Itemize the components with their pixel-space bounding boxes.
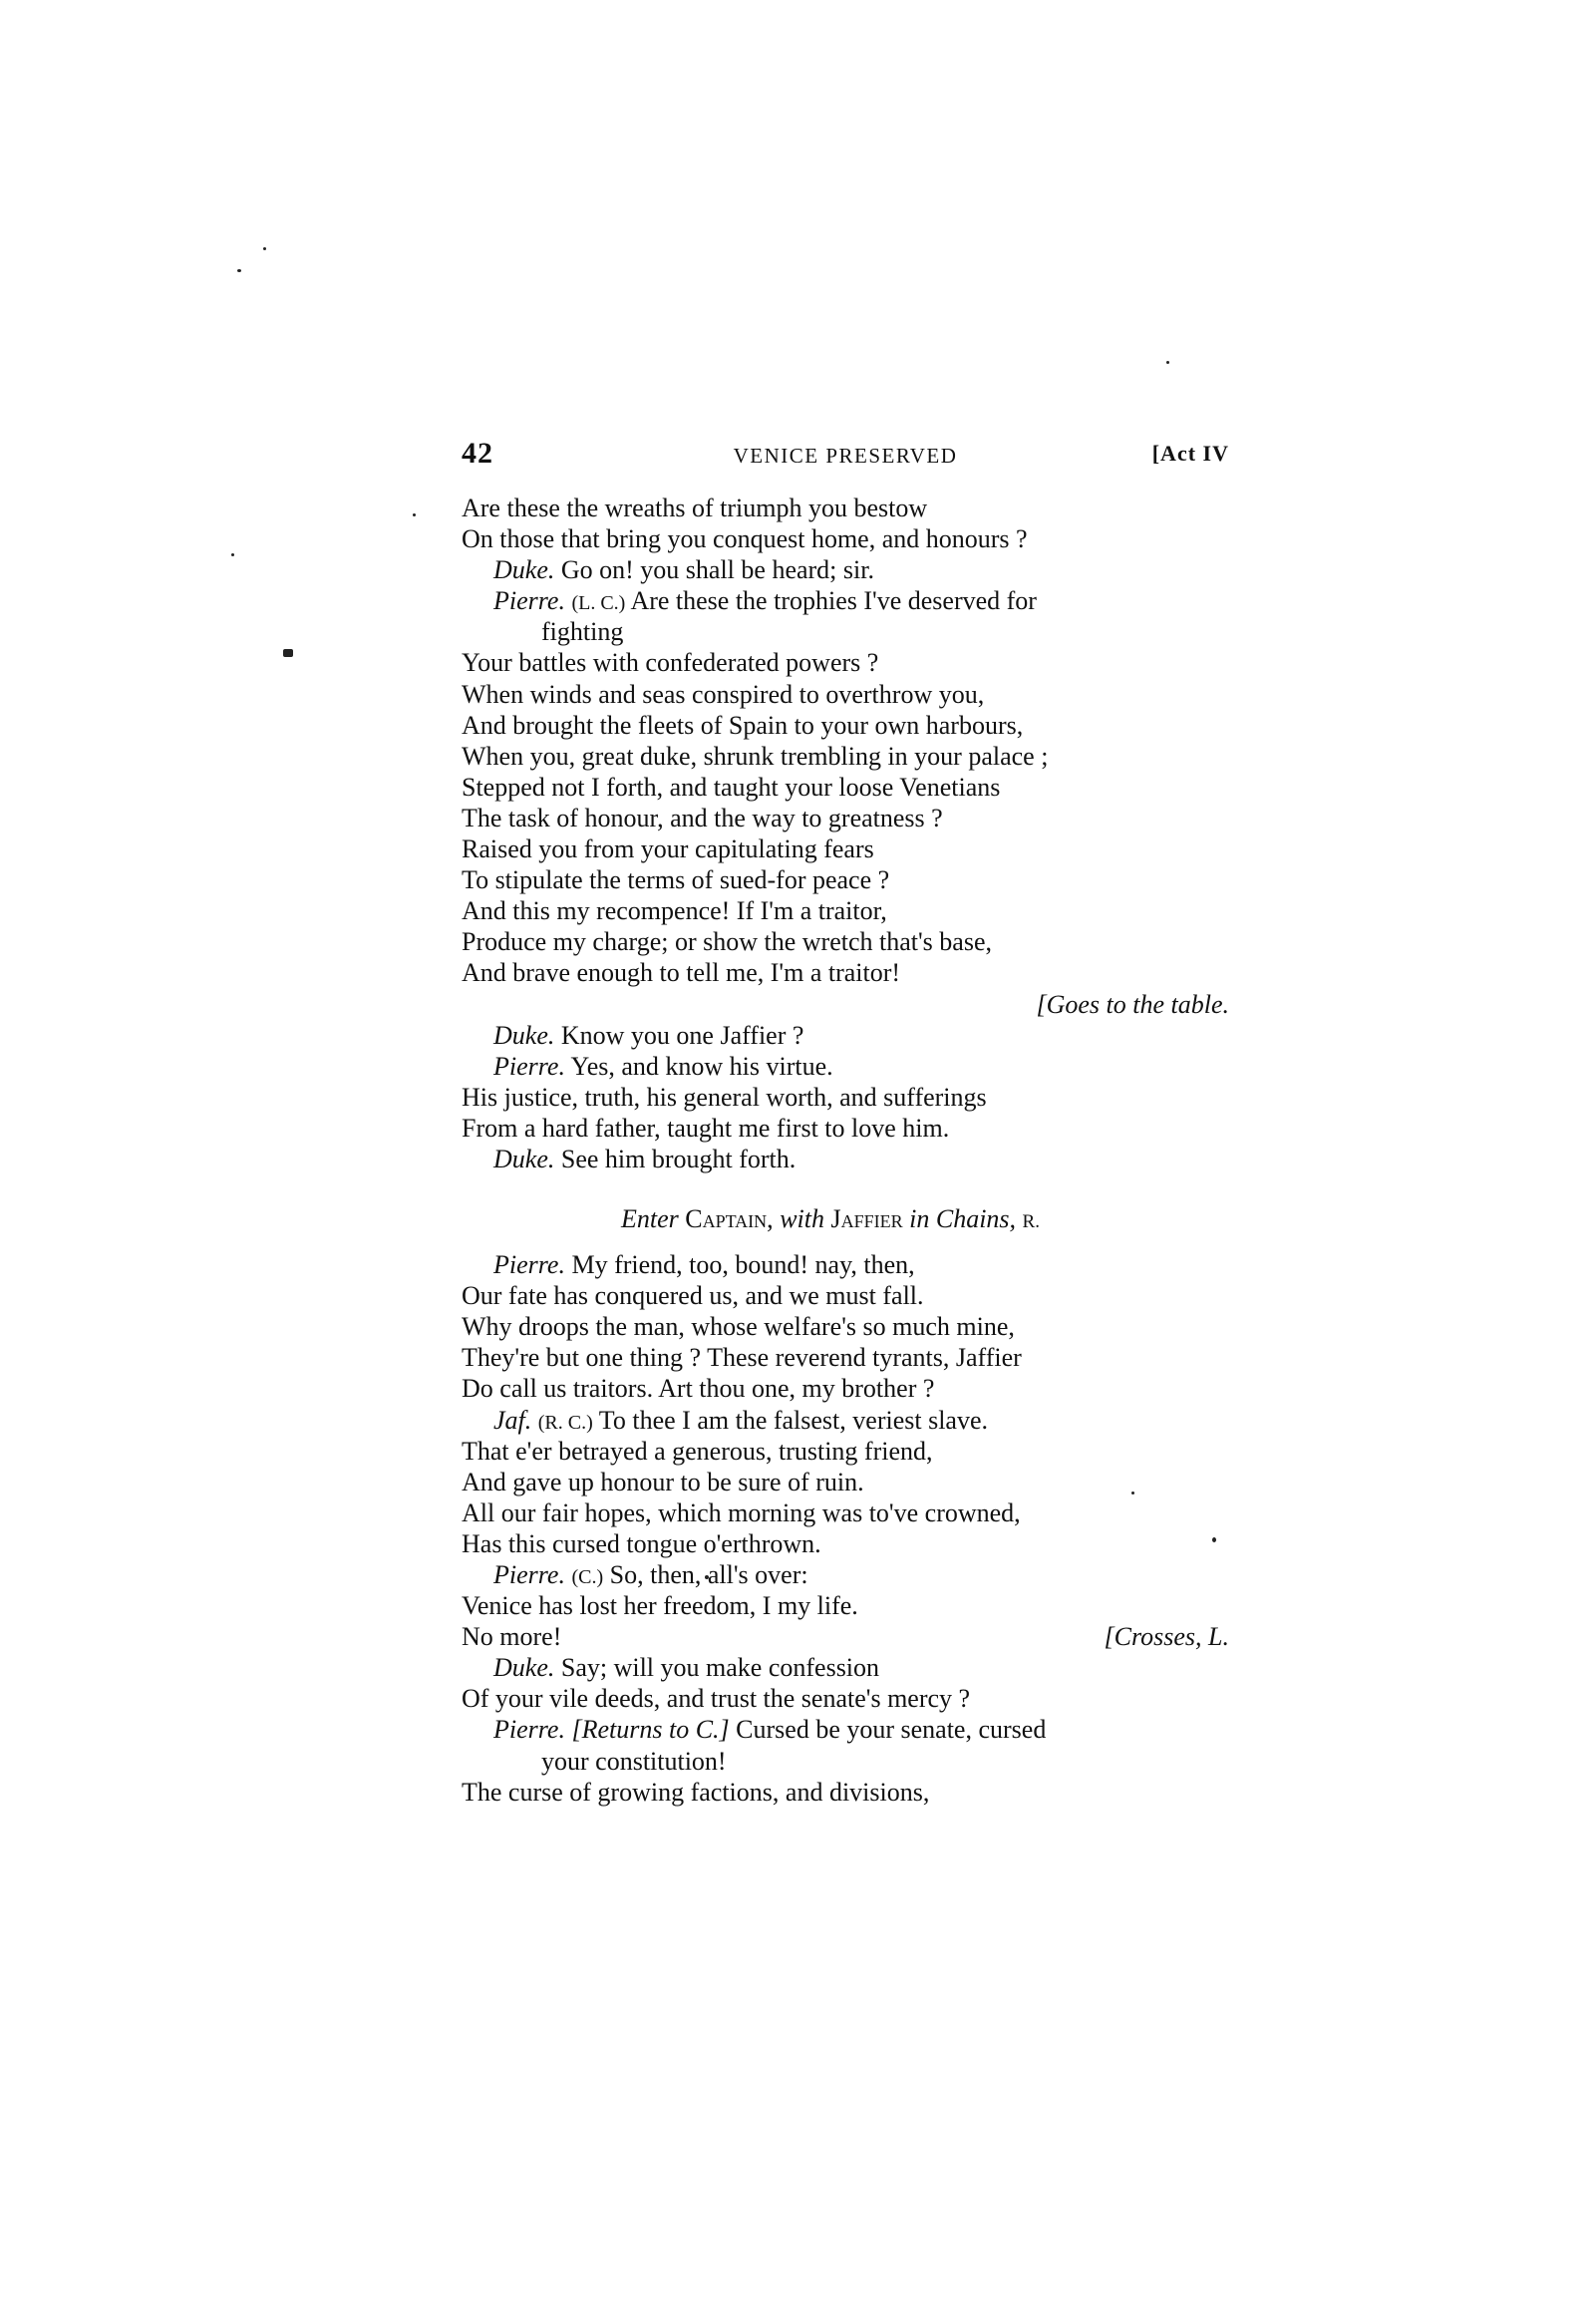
continuation-line: your constitution! <box>462 1746 1229 1777</box>
speaker-name: Pierre. <box>493 1250 565 1279</box>
stage-direction: [Returns to C.] <box>571 1715 729 1744</box>
verse-line: Our fate has conquered us, and we must f… <box>462 1280 1229 1311</box>
scan-speck <box>263 247 266 250</box>
verse-line: The curse of growing factions, and divis… <box>462 1777 1229 1808</box>
verse-line: They're but one thing ? These reverend t… <box>462 1342 1229 1373</box>
speech-line: Duke. Say; will you make confession <box>462 1652 1229 1683</box>
scan-speck <box>231 553 234 556</box>
scan-speck <box>1166 361 1169 364</box>
speech-line: Duke. Know you one Jaffier ? <box>462 1020 1229 1051</box>
entrance-direction: Enter Captain, with Jaffier in Chains, R… <box>462 1203 1229 1237</box>
character-name: Jaffier <box>830 1204 902 1233</box>
verse-line: The task of honour, and the way to great… <box>462 803 1229 833</box>
speaker-name: Duke. <box>493 1021 554 1050</box>
verse-line: Has this cursed tongue o'erthrown. <box>462 1528 1229 1559</box>
speech-line: Pierre. [Returns to C.] Cursed be your s… <box>462 1714 1229 1745</box>
verse-line: Do call us traitors. Art thou one, my br… <box>462 1373 1229 1404</box>
verse-line: No more![Crosses, L. <box>462 1621 1229 1652</box>
stage-direction: (C.) <box>571 1566 603 1588</box>
speech-line: Pierre. My friend, too, bound! nay, then… <box>462 1249 1229 1280</box>
speaker-name: Pierre. <box>493 586 565 615</box>
speech-line: Pierre. Yes, and know his virtue. <box>462 1051 1229 1082</box>
verse-line: Your battles with confederated powers ? <box>462 647 1229 678</box>
act-label: [Act IV <box>1152 437 1229 471</box>
verse-line: On those that bring you conquest home, a… <box>462 523 1229 554</box>
speech-line: Pierre. (L. C.) Are these the trophies I… <box>462 585 1229 616</box>
speaker-name: Pierre. <box>493 1052 565 1081</box>
verse-line: Venice has lost her freedom, I my life. <box>462 1590 1229 1621</box>
speaker-name: Duke. <box>493 1145 554 1173</box>
verse-line: Raised you from your capitulating fears <box>462 833 1229 864</box>
scan-speck <box>237 269 241 272</box>
stage-direction: [Crosses, L. <box>1105 1621 1229 1652</box>
verse-line: Why droops the man, whose welfare's so m… <box>462 1311 1229 1342</box>
verse-line: Produce my charge; or show the wretch th… <box>462 926 1229 957</box>
stage-direction: (L. C.) <box>571 592 625 614</box>
verse-line: From a hard father, taught me first to l… <box>462 1113 1229 1144</box>
play-text: Are these the wreaths of triumph you bes… <box>462 493 1229 1808</box>
stage-direction: [Goes to the table. <box>462 989 1229 1020</box>
verse-line: Stepped not I forth, and taught your loo… <box>462 772 1229 803</box>
verse-line: His justice, truth, his general worth, a… <box>462 1082 1229 1113</box>
scan-speck <box>283 649 293 657</box>
verse-line: And this my recompence! If I'm a traitor… <box>462 895 1229 926</box>
stage-direction: (R. C.) <box>538 1412 593 1434</box>
verse-line: All our fair hopes, which morning was to… <box>462 1497 1229 1528</box>
running-title: VENICE PRESERVED <box>462 439 1229 473</box>
verse-line: That e'er betrayed a generous, trusting … <box>462 1436 1229 1467</box>
speech-line: Pierre. (C.) So, then, all's over: <box>462 1559 1229 1590</box>
running-header: 42 VENICE PRESERVED [Act IV <box>462 437 1229 471</box>
speaker-name: Pierre. <box>493 1715 565 1744</box>
speech-line: Duke. Go on! you shall be heard; sir. <box>462 554 1229 585</box>
verse-line: When you, great duke, shrunk trembling i… <box>462 741 1229 772</box>
verse-line: To stipulate the terms of sued-for peace… <box>462 864 1229 895</box>
speaker-name: Duke. <box>493 1653 554 1682</box>
speech-line: Jaf. (R. C.) To thee I am the falsest, v… <box>462 1405 1229 1436</box>
verse-line: Are these the wreaths of triumph you bes… <box>462 493 1229 523</box>
scan-speck <box>413 513 416 516</box>
speaker-name: Pierre. <box>493 1560 565 1589</box>
speech-line: Duke. See him brought forth. <box>462 1144 1229 1174</box>
verse-line: And gave up honour to be sure of ruin. <box>462 1467 1229 1497</box>
book-page: 42 VENICE PRESERVED [Act IV Are these th… <box>0 0 1593 2324</box>
verse-line: Of your vile deeds, and trust the senate… <box>462 1683 1229 1714</box>
verse-line: When winds and seas conspired to overthr… <box>462 679 1229 710</box>
verse-line: And brave enough to tell me, I'm a trait… <box>462 957 1229 988</box>
speaker-name: Duke. <box>493 555 554 584</box>
continuation-line: fighting <box>462 616 1229 647</box>
speaker-name: Jaf. <box>493 1406 531 1435</box>
character-name: Captain, <box>685 1204 773 1233</box>
verse-line: And brought the fleets of Spain to your … <box>462 710 1229 741</box>
